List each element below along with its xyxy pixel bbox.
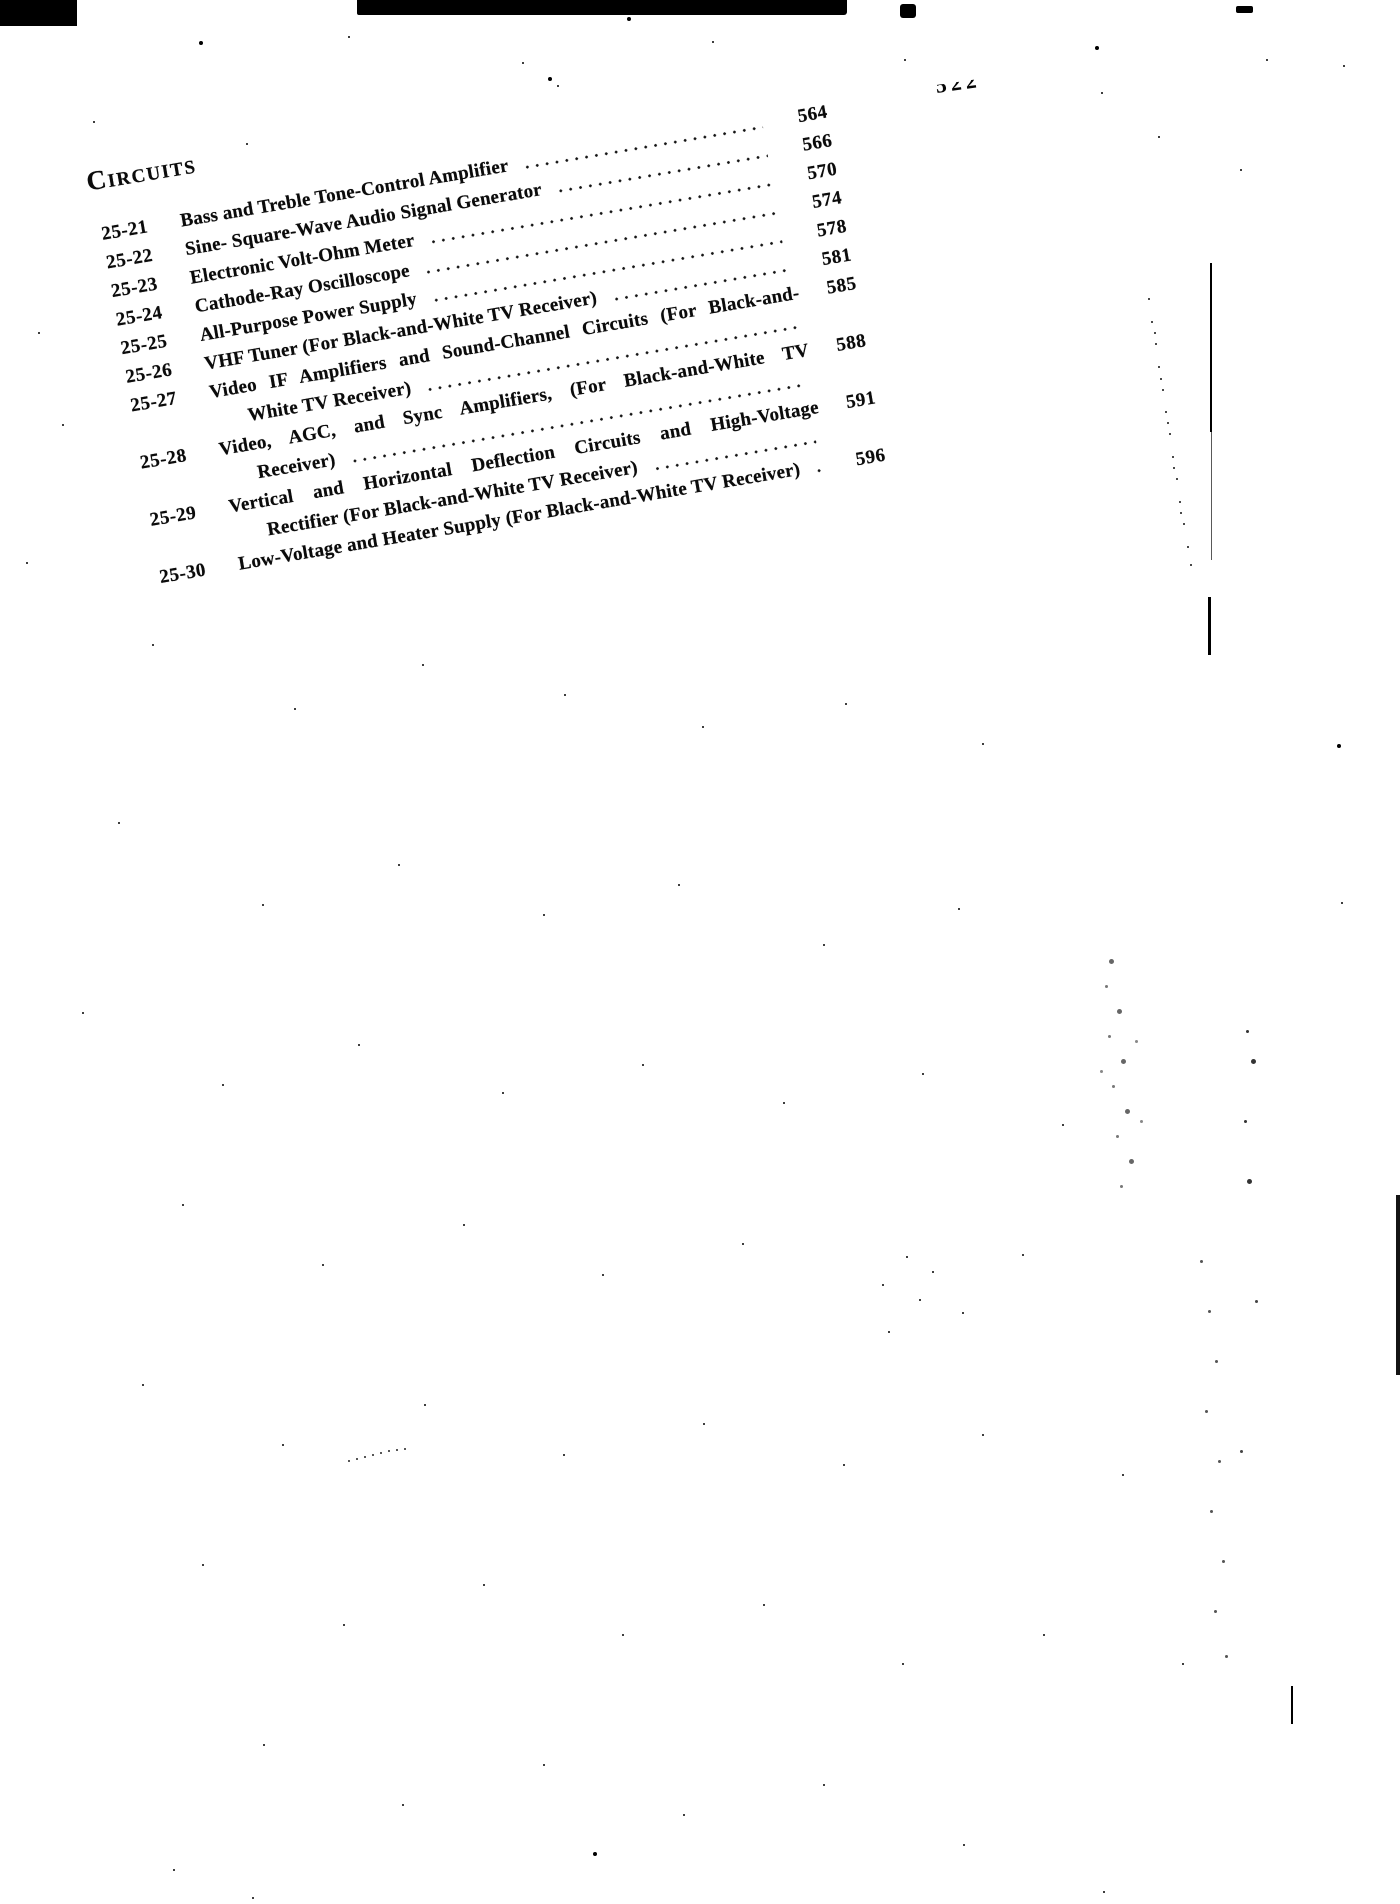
scan-blob bbox=[900, 4, 916, 18]
scan-crease-line bbox=[1208, 597, 1211, 655]
page-column-spacer bbox=[824, 432, 881, 442]
page-column-spacer bbox=[805, 317, 862, 327]
scan-bleedthrough-marks bbox=[0, 0, 3, 3]
scanned-book-page: 522 Circuits 25-21 Bass and Treble Tone-… bbox=[0, 0, 1400, 1904]
toc-block: Circuits 25-21 Bass and Treble Tone-Cont… bbox=[84, 42, 888, 593]
scan-edge-bar-top-left bbox=[0, 0, 77, 26]
partial-page-folio: 522 bbox=[935, 75, 1008, 98]
scan-edge-bar-top-center bbox=[357, 0, 847, 15]
scan-crease-line bbox=[1291, 1686, 1293, 1724]
scan-edge-strip-right bbox=[1396, 1195, 1400, 1375]
scan-crease-line bbox=[1211, 432, 1212, 560]
scan-blob bbox=[1236, 6, 1253, 13]
dot-leader bbox=[812, 466, 822, 475]
folio-number: 522 bbox=[935, 75, 1008, 98]
page-column-spacer bbox=[815, 375, 872, 385]
scan-crease-line bbox=[1210, 263, 1212, 432]
